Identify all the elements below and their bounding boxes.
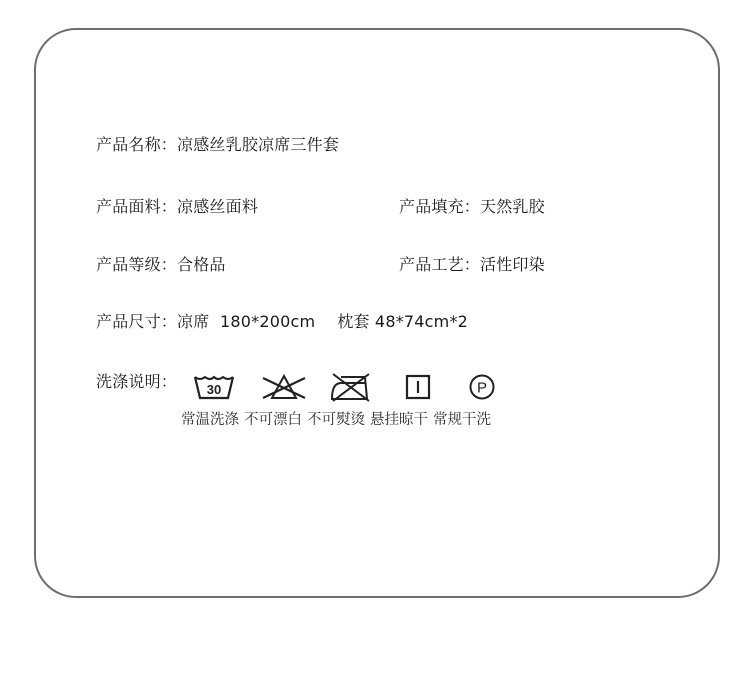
no-bleach-icon	[259, 370, 309, 404]
product-size-label: 产品尺寸：	[96, 312, 177, 331]
care-captions: 常温洗涤不可漂白不可熨烫悬挂晾干常规干洗	[181, 410, 496, 430]
caption-hang-dry: 悬挂晾干	[370, 410, 428, 430]
dry-clean-p-icon: P	[457, 370, 507, 404]
svg-text:P: P	[477, 380, 487, 397]
product-name-value: 凉感丝乳胶凉席三件套	[177, 135, 339, 154]
hang-dry-icon	[393, 370, 443, 404]
care-label: 洗涤说明：	[96, 372, 177, 392]
no-iron-icon	[325, 370, 375, 404]
product-grade-row: 产品等级：合格品	[96, 255, 226, 275]
product-size-mat: 凉席 180*200cm	[177, 312, 315, 331]
caption-no-iron: 不可熨烫	[307, 410, 365, 430]
product-filling-row: 产品填充：天然乳胶	[399, 197, 545, 217]
product-craft-label: 产品工艺：	[399, 255, 480, 274]
product-size-pillowcase: 枕套 48*74cm*2	[337, 312, 468, 331]
wash-30-icon: 30	[189, 370, 239, 404]
caption-dry-clean: 常规干洗	[433, 410, 491, 430]
product-size-row: 产品尺寸：凉席 180*200cm枕套 48*74cm*2	[96, 312, 468, 332]
care-icons: 30 P	[181, 370, 517, 406]
caption-normal-wash: 常温洗涤	[181, 410, 239, 430]
product-name-label: 产品名称：	[96, 135, 177, 154]
product-grade-label: 产品等级：	[96, 255, 177, 274]
product-fabric-label: 产品面料：	[96, 197, 177, 216]
product-fabric-value: 凉感丝面料	[177, 197, 258, 216]
product-craft-value: 活性印染	[480, 255, 545, 274]
product-name-row: 产品名称：凉感丝乳胶凉席三件套	[96, 135, 339, 155]
product-filling-value: 天然乳胶	[480, 197, 545, 216]
svg-text:30: 30	[207, 382, 221, 397]
product-craft-row: 产品工艺：活性印染	[399, 255, 545, 275]
caption-no-bleach: 不可漂白	[244, 410, 302, 430]
product-grade-value: 合格品	[177, 255, 226, 274]
product-fabric-row: 产品面料：凉感丝面料	[96, 197, 258, 217]
product-filling-label: 产品填充：	[399, 197, 480, 216]
